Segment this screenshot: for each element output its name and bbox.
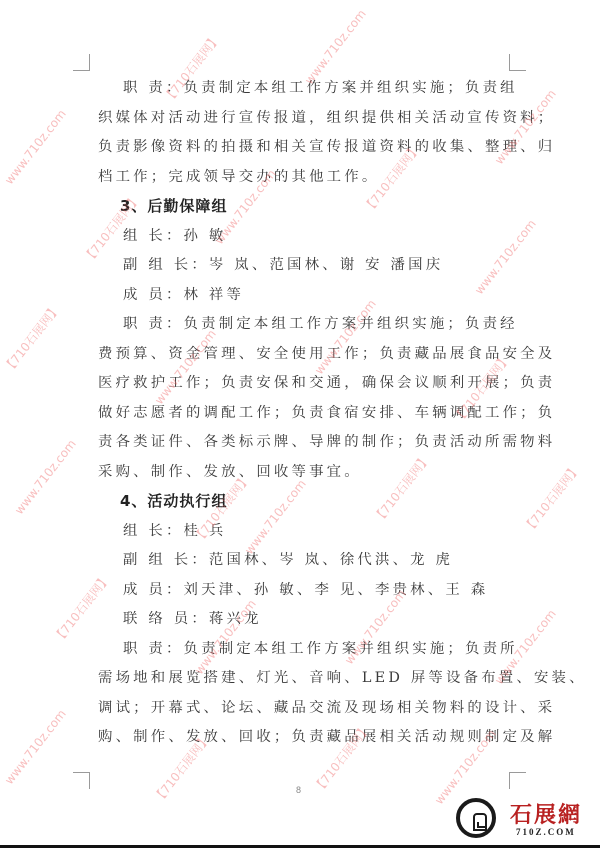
crop-mark-bottom-right xyxy=(509,772,526,789)
group-leader: 组 长：桂 兵 xyxy=(98,517,514,547)
logo-seal-icon xyxy=(456,798,496,838)
duties-line: 责各类证件、各类标示牌、导牌的制作；负责活动所需物料 xyxy=(98,428,514,458)
duties-line: 医疗救护工作；负责安保和交通，确保会议顺利开展；负责 xyxy=(98,369,514,399)
duties-line: 职 责：负责制定本组工作方案并组织实施；负责经 xyxy=(98,310,514,340)
crop-mark-bottom-left xyxy=(73,772,90,789)
duties-line: 需场地和展览搭建、灯光、音响、LED 屏等设备布置、安装、 xyxy=(98,664,514,694)
crop-mark-top-right xyxy=(509,54,526,71)
logo-glyph-icon xyxy=(473,813,487,831)
group-deputy: 副 组 长：范国林、岑 岚、徐代洪、龙 虎 xyxy=(98,546,514,576)
document-body: 职 责：负责制定本组工作方案并组织实施；负责组 织媒体对活动进行宣传报道，组织提… xyxy=(98,74,514,753)
paragraph-line: 职 责：负责制定本组工作方案并组织实施；负责组 xyxy=(98,74,514,104)
watermark-text: www.710z.com xyxy=(2,707,69,787)
duties-line: 费预算、资金管理、安全使用工作；负责藏品展食品安全及 xyxy=(98,340,514,370)
group-members: 成 员：林 祥等 xyxy=(98,281,514,311)
document-page: 职 责：负责制定本组工作方案并组织实施；负责组 织媒体对活动进行宣传报道，组织提… xyxy=(0,0,600,845)
duties-line: 职 责：负责制定本组工作方案并组织实施；负责所 xyxy=(98,635,514,665)
duties-line: 调试；开幕式、论坛、藏品交流及现场相关物料的设计、采 xyxy=(98,694,514,724)
site-logo: 石展網 710Z.COM xyxy=(452,796,598,844)
paragraph-line: 档工作；完成领导交办的其他工作。 xyxy=(98,163,514,193)
group-members: 成 员：刘天津、孙 敏、李 见、李贵林、王 森 xyxy=(98,576,514,606)
paragraph-line: 织媒体对活动进行宣传报道，组织提供相关活动宣传资料； xyxy=(98,104,514,134)
page-number: 8 xyxy=(296,785,301,795)
section-heading-execution: 4、活动执行组 xyxy=(98,487,514,517)
watermark-text: 【710石展网】 xyxy=(519,461,583,537)
watermark-text: 【710石展网】 xyxy=(0,301,64,377)
group-liaison: 联 络 员：蒋兴龙 xyxy=(98,605,514,635)
logo-url: 710Z.COM xyxy=(516,827,576,837)
duties-line: 做好志愿者的调配工作；负责食宿安排、车辆调配工作；负 xyxy=(98,399,514,429)
duties-line: 购、制作、发放、回收；负责藏品展相关活动规则制定及解 xyxy=(98,723,514,753)
logo-name: 石展網 xyxy=(510,798,582,829)
group-deputy: 副 组 长：岑 岚、范国林、谢 安 潘国庆 xyxy=(98,251,514,281)
paragraph-line: 负责影像资料的拍摄和相关宣传报道资料的收集、整理、归 xyxy=(98,133,514,163)
group-leader: 组 长：孙 敏 xyxy=(98,222,514,252)
watermark-text: www.710z.com xyxy=(12,437,79,517)
section-heading-logistics: 3、后勤保障组 xyxy=(98,192,514,222)
watermark-text: www.710z.com xyxy=(2,107,69,187)
crop-mark-top-left xyxy=(73,54,90,71)
duties-line: 采购、制作、发放、回收等事宜。 xyxy=(98,458,514,488)
